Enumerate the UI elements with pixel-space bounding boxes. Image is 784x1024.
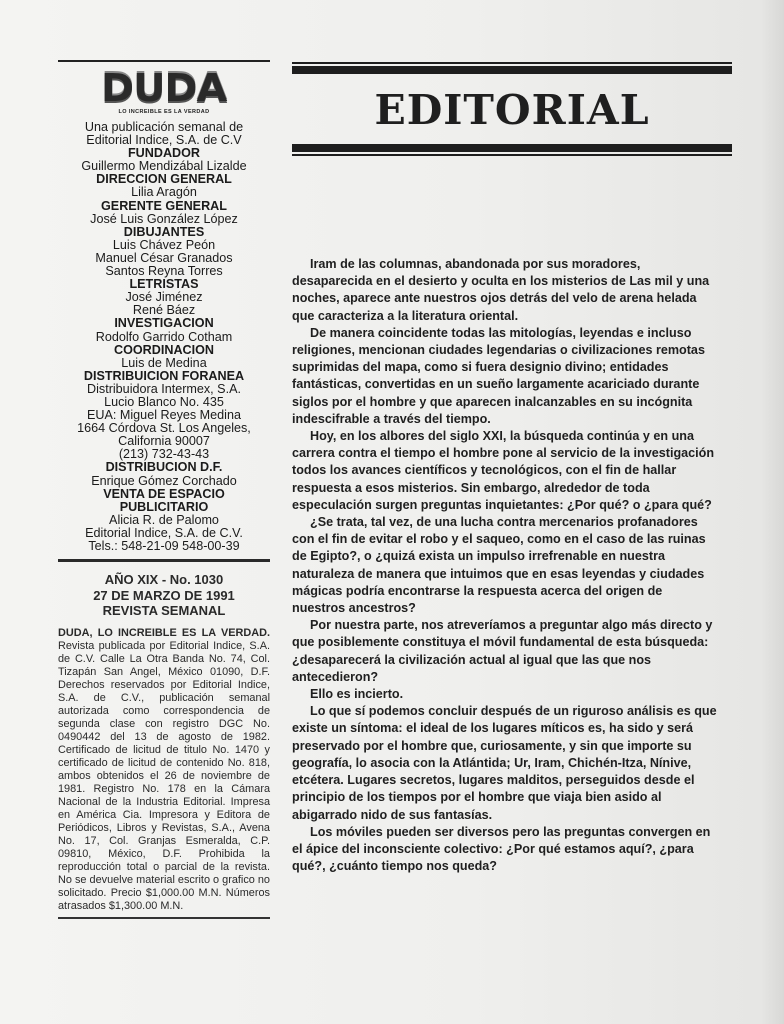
bottom-rule [58,917,270,919]
credit-role: PUBLICITARIO [58,501,270,514]
credit-name: Alicia R. de Palomo [58,514,270,527]
editorial-paragraph: Iram de las columnas, abandonada por sus… [292,256,717,325]
editorial-paragraph: Lo que sí podemos concluir después de un… [292,703,717,823]
editorial-paragraph: Los móviles pueden ser diversos pero las… [292,824,717,876]
legal-notice: DUDA, LO INCREIBLE ES LA VERDAD. Revista… [58,627,270,913]
credit-name: Luis Chávez Peón [58,239,270,252]
credit-name: Enrique Gómez Corchado [58,475,270,488]
credit-role: INVESTIGACION [58,317,270,330]
top-rule [58,60,270,62]
credit-role: VENTA DE ESPACIO [58,488,270,501]
editorial-header: EDITORIAL [292,62,732,156]
section-rule [58,559,270,562]
staff-credits: Una publicación semanal de Editorial Ind… [58,121,270,553]
issue-year-number: AÑO XIX - No. 1030 [58,572,270,588]
credit-role: GERENTE GENERAL [58,200,270,213]
credit-name: Luis de Medina [58,357,270,370]
issue-date: 27 DE MARZO DE 1991 [58,588,270,604]
duda-logo: DUDA LO INCREIBLE ES LA VERDAD [58,70,270,115]
credit-role: DISTRIBUCION D.F. [58,461,270,474]
credit-name: Distribuidora Intermex, S.A. [58,383,270,396]
credit-name: Rodolfo Garrido Cotham [58,331,270,344]
credit-name: Lilia Aragón [58,186,270,199]
header-rule-thick [292,144,732,152]
legal-text: Revista publicada por Editorial Indice, … [58,640,270,912]
credit-name: Tels.: 548-21-09 548-00-39 [58,540,270,553]
issue-frequency: REVISTA SEMANAL [58,603,270,619]
logo-wordmark: DUDA [101,70,226,106]
editorial-paragraph: Ello es incierto. [292,686,717,703]
masthead-column: DUDA LO INCREIBLE ES LA VERDAD Una publi… [58,60,270,919]
editorial-title: EDITORIAL [292,86,732,134]
editorial-paragraph: De manera coincidente todas las mitologí… [292,325,717,428]
legal-lead: DUDA, LO INCREIBLE ES LA VERDAD. [58,627,270,639]
editorial-paragraph: ¿Se trata, tal vez, de una lucha contra … [292,514,717,617]
editorial-paragraph: Por nuestra parte, nos atreveríamos a pr… [292,617,717,686]
header-rule-thin [292,62,732,64]
header-rule-thick [292,66,732,74]
header-rule-thin [292,154,732,156]
credit-role: DIBUJANTES [58,226,270,239]
issue-info: AÑO XIX - No. 1030 27 DE MARZO DE 1991 R… [58,572,270,619]
credit-name: José Luis González López [58,213,270,226]
credit-role: COORDINACION [58,344,270,357]
editorial-paragraph: Hoy, en los albores del siglo XXI, la bú… [292,428,717,514]
editorial-body: Iram de las columnas, abandonada por sus… [292,256,717,875]
magazine-page: DUDA LO INCREIBLE ES LA VERDAD Una publi… [0,0,784,1024]
credit-role: DISTRIBUICION FORANEA [58,370,270,383]
